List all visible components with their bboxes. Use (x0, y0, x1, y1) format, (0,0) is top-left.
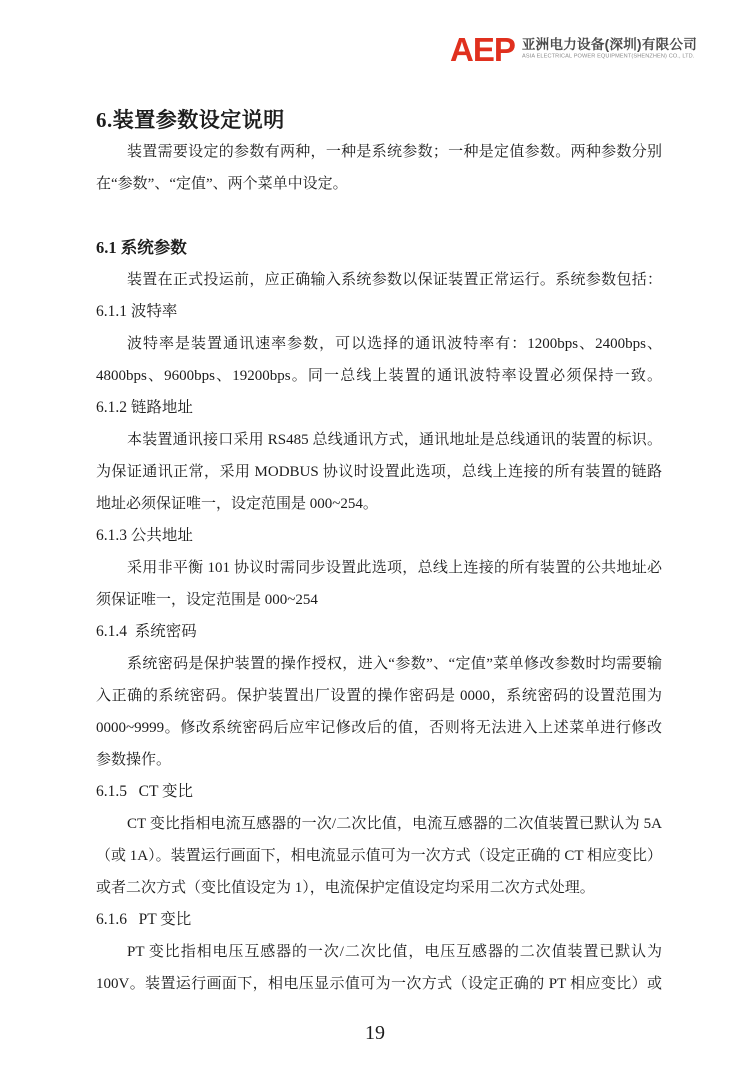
section-heading-6-1: 6.1 系统参数 (96, 232, 662, 264)
body-text-line: 入正确的系统密码。保护装置出厂设置的操作密码是 0000，系统密码的设置范围为 (96, 680, 662, 712)
page-number: 19 (0, 1022, 750, 1045)
body-text-line: 4800bps、9600bps、19200bps。同一总线上装置的通讯波特率设置… (96, 360, 662, 392)
body-text-line: 本装置通讯接口采用 RS485 总线通讯方式，通讯地址是总线通讯的装置的标识。 (96, 424, 662, 456)
body-text-line: 须保证唯一，设定范围是 000~254 (96, 584, 662, 616)
company-name-chinese: 亚洲电力设备(深圳)有限公司 (522, 36, 750, 53)
body-text-line: PT 变比指相电压互感器的一次/二次比值，电压互感器的二次值装置已默认为 (96, 936, 662, 968)
body-text-line: 采用非平衡 101 协议时需同步设置此选项，总线上连接的所有装置的公共地址必 (96, 552, 662, 584)
company-name-block: 亚洲电力设备(深圳)有限公司 ASIA ELECTRICAL POWER EQU… (522, 33, 750, 62)
company-logo-text: AEP (450, 33, 515, 67)
document-content: 6.装置参数设定说明 装置需要设定的参数有两种，一种是系统参数；一种是定值参数。… (96, 104, 662, 1000)
subsection-heading-611: 6.1.1 波特率 (96, 296, 662, 328)
blank-line (96, 200, 662, 232)
body-text-line: 波特率是装置通讯速率参数，可以选择的通讯波特率有：1200bps、2400bps… (96, 328, 662, 360)
chapter-heading: 6.装置参数设定说明 (96, 104, 662, 136)
subsection-heading-613: 6.1.3 公共地址 (96, 520, 662, 552)
page-header: AEP 亚洲电力设备(深圳)有限公司 ASIA ELECTRICAL POWER… (450, 33, 750, 67)
body-text-line: 装置在正式投运前，应正确输入系统参数以保证装置正常运行。系统参数包括： (96, 264, 662, 296)
body-text-line: 参数操作。 (96, 744, 662, 776)
body-text-line: 地址必须保证唯一，设定范围是 000~254。 (96, 488, 662, 520)
body-text-line: 0000~9999。修改系统密码后应牢记修改后的值，否则将无法进入上述菜单进行修… (96, 712, 662, 744)
body-text-line: CT 变比指相电流互感器的一次/二次比值，电流互感器的二次值装置已默认为 5A (96, 808, 662, 840)
body-text-line: 装置需要设定的参数有两种，一种是系统参数；一种是定值参数。两种参数分别 (96, 136, 662, 168)
body-text-line: 100V。装置运行画面下，相电压显示值可为一次方式（设定正确的 PT 相应变比）… (96, 968, 662, 1000)
subsection-heading-612: 6.1.2 链路地址 (96, 392, 662, 424)
subsection-heading-615: 6.1.5 CT 变比 (96, 776, 662, 808)
company-name-english: ASIA ELECTRICAL POWER EQUIPMENT(SHENZHEN… (522, 53, 695, 59)
body-text-line: 系统密码是保护装置的操作授权，进入“参数”、“定值”菜单修改参数时均需要输 (96, 648, 662, 680)
body-text-line: （或 1A）。装置运行画面下，相电流显示值可为一次方式（设定正确的 CT 相应变… (96, 840, 662, 872)
document-page: AEP 亚洲电力设备(深圳)有限公司 ASIA ELECTRICAL POWER… (0, 0, 750, 1069)
body-text-line: 或者二次方式（变比值设定为 1），电流保护定值设定均采用二次方式处理。 (96, 872, 662, 904)
subsection-heading-616: 6.1.6 PT 变比 (96, 904, 662, 936)
subsection-heading-614: 6.1.4 系统密码 (96, 616, 662, 648)
body-text-line: 在“参数”、“定值”、两个菜单中设定。 (96, 168, 662, 200)
body-text-line: 为保证通讯正常，采用 MODBUS 协议时设置此选项，总线上连接的所有装置的链路 (96, 456, 662, 488)
